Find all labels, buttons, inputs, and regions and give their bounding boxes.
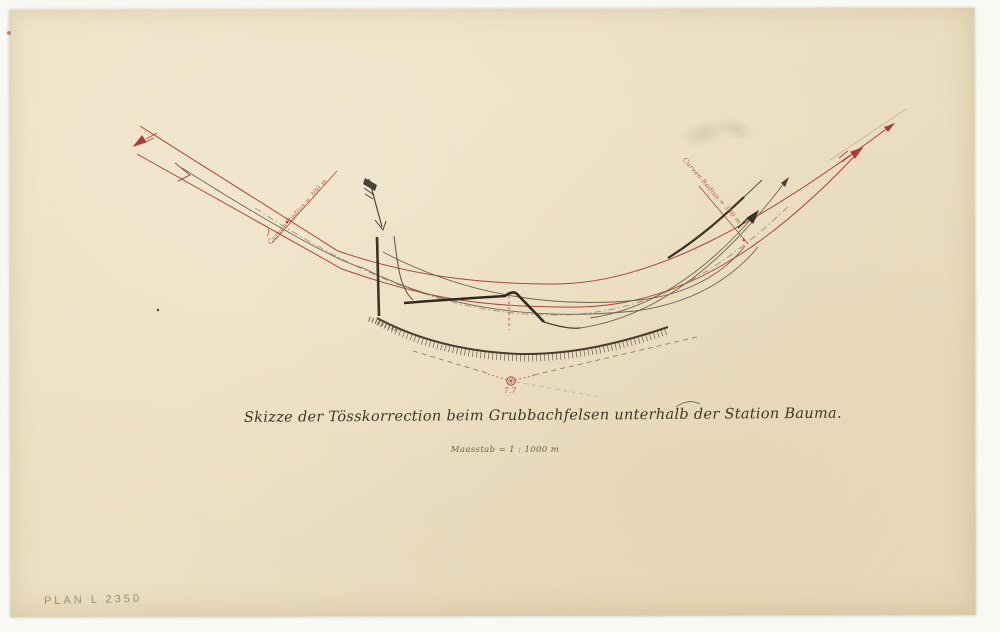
- plan-drawing: [0, 0, 1000, 632]
- terrain-scarp-line: [377, 318, 668, 358]
- paper-speck: [157, 309, 159, 311]
- corrected-channel-red-lines: [137, 124, 893, 307]
- archive-number: PLAN L 2350: [44, 593, 142, 608]
- grubbach-pointer-arrow: [363, 178, 386, 230]
- scale-label: Maasstab = 1 : 1000 m: [420, 445, 590, 455]
- depth-value-label: 7.7: [504, 387, 517, 395]
- old-river-course: [394, 180, 762, 328]
- flow-arrow-left-filled: [134, 133, 157, 146]
- flow-arrow-right-upper: [884, 123, 895, 132]
- paper-speck: [7, 31, 11, 35]
- retaining-wall: [369, 237, 399, 330]
- scanned-plan: Skizze der Tösskorrection beim Grubbachf…: [0, 0, 1000, 632]
- pencil-guide-line: [830, 109, 906, 160]
- depth-point-marker: [507, 377, 515, 385]
